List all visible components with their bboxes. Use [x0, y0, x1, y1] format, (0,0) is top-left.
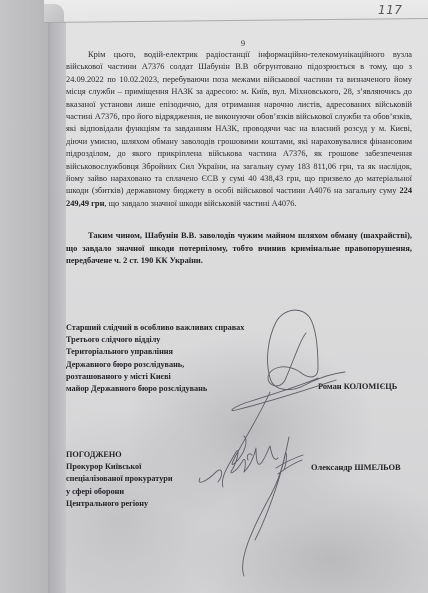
archive-page-number: 117 — [378, 3, 402, 17]
prosecutor-title-line: Прокурор Київської — [66, 461, 173, 473]
prosecutor-name: Олександр ШМЕЛЬОВ — [311, 463, 401, 472]
prosecutor-title-line: Центрального регіону — [66, 498, 173, 510]
prosecutor-title-block: ПОГОДЖЕНО Прокурор Київської спеціалізов… — [66, 449, 173, 510]
main-paragraph: Крім цього, водій-електрик радіостанції … — [66, 49, 412, 210]
investigator-name: Роман КОЛОМІЄЦЬ — [318, 382, 397, 391]
paragraph-text-start: Крім цього, водій-електрик радіостанції … — [66, 50, 412, 195]
document-page: 9 Крім цього, водій-електрик радіостанці… — [66, 22, 412, 276]
investigator-title-line: Третього слідчого відділу — [66, 334, 244, 346]
conclusion-text: Таким чином, Шабунін В.В. заволодів чужи… — [66, 231, 412, 265]
prosecutor-title-line: у сфері оборони — [66, 486, 173, 498]
investigator-title-line: Територіального управління — [66, 346, 244, 358]
left-paper-edge — [0, 0, 50, 593]
paragraph-text-end: , що завдало значної шкоди військовій ча… — [104, 199, 296, 208]
investigator-title-block: Старший слідчий в особливо важливих спра… — [66, 322, 244, 395]
binding-strip — [48, 20, 66, 593]
prosecutor-title-line: спеціалізованої прокуратури — [66, 473, 173, 485]
page-number: 9 — [74, 38, 412, 48]
investigator-title-line: Старший слідчий в особливо важливих спра… — [66, 322, 244, 334]
approval-heading: ПОГОДЖЕНО — [66, 449, 173, 461]
investigator-title-line: майор Державного бюро розслідувань — [66, 383, 244, 395]
conclusion-paragraph: Таким чином, Шабунін В.В. заволодів чужи… — [66, 230, 412, 267]
investigator-title-line: розташованого у місті Києві — [66, 371, 244, 383]
top-fold-corner — [44, 4, 64, 22]
investigator-title-line: Державного бюро розслідувань, — [66, 359, 244, 371]
top-sheet-edge — [44, 0, 428, 23]
